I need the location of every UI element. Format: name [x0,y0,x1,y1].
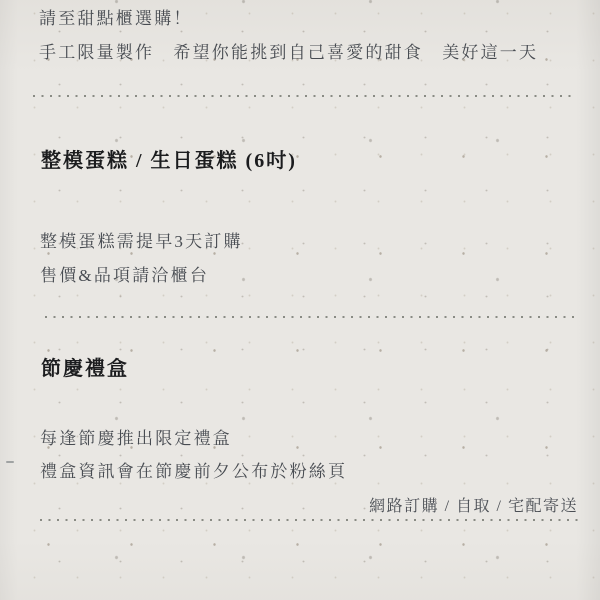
section-note-preorder: 整模蛋糕需提早3天訂購 [40,227,243,252]
dotted-divider-top [33,94,576,97]
paper-menu-page: 請至甜點櫃選購！ 手工限量製作 希望你能挑到自己喜愛的甜食 美好這一天 整模蛋糕… [0,0,600,600]
dotted-divider-bottom [40,518,580,521]
section-note-fanpage: 禮盒資訊會在節慶前夕公布於粉絲頁 [40,457,347,482]
footer-order-methods: 網路訂購 / 自取 / 宅配寄送 [369,493,578,516]
section-note-seasonal: 每逢節慶推出限定禮盒 [40,424,232,449]
dotted-divider-middle [45,315,575,318]
paper-stray-mark [6,461,14,463]
section-note-price: 售價&品項請洽櫃台 [40,261,209,286]
intro-line-1: 請至甜點櫃選購！ [39,4,193,29]
section-heading-gift-box: 節慶禮盒 [41,352,129,381]
intro-line-2: 手工限量製作 希望你能挑到自己喜愛的甜食 美好這一天 [39,38,538,63]
section-heading-whole-cake: 整模蛋糕 / 生日蛋糕 (6吋) [41,144,297,173]
